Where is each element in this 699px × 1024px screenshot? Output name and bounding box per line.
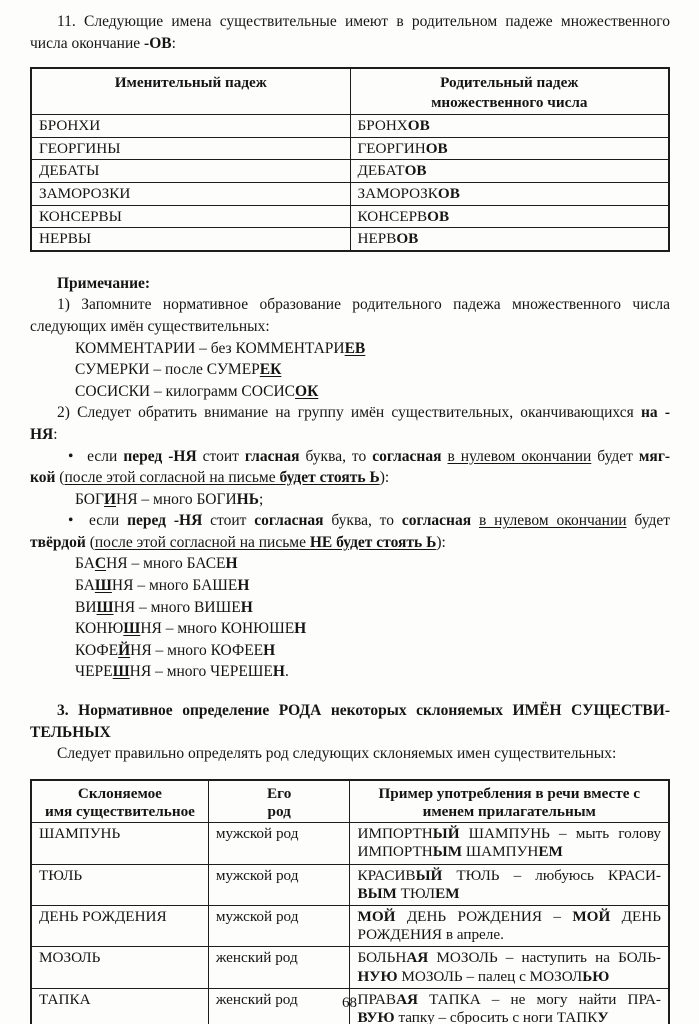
text-run: ЕВ [345, 340, 366, 357]
text-run: БРОНХ [358, 117, 408, 134]
text-run: КОФЕ [75, 642, 118, 659]
text-line: ГЕОРГИНЫ [39, 140, 343, 159]
text-run: БА [75, 577, 95, 594]
text-run: НЯ [30, 426, 53, 443]
text-run: ОВ [396, 230, 418, 247]
text-line: ИМПОРТНЫЙ ШАМПУНЬ – мыть голову [357, 825, 661, 843]
text-line: ДЕБАТОВ [358, 162, 662, 181]
text-run: 1) Запомните нормативное образование род… [57, 296, 670, 313]
text-line: следующих имён существительных: [30, 316, 670, 338]
text-run: БА [75, 555, 95, 572]
text-line: БАШНЯ – много БАШЕН [30, 575, 670, 597]
text-run: ( [86, 534, 95, 551]
table-cell: мужской род [208, 906, 350, 947]
text-line: БОГИНЯ – много БОГИНЬ; [30, 489, 670, 511]
text-run: С [95, 555, 106, 572]
text-line: Пример употребления в речи вместе с [357, 785, 661, 803]
text-run: . [285, 663, 289, 680]
text-run: ЫЙ [416, 867, 443, 884]
table-cell: ЗАМОРОЗКОВ [350, 182, 669, 205]
text-line: БРОНХОВ [358, 117, 662, 136]
text-run: ТЮЛ [397, 885, 435, 902]
text-run: НЯ – много БОГИ [116, 491, 237, 508]
text-line: множественного числа [358, 93, 662, 113]
text-run: имя существительное [45, 803, 195, 820]
text-run: КОНСЕРВЫ [39, 208, 122, 225]
table-cell: ДЕНЬ РОЖДЕНИЯ [31, 906, 208, 947]
text-run: следующих имён существительных: [30, 318, 270, 335]
text-run: БРОНХИ [39, 117, 100, 134]
text-line: ГЕОРГИНОВ [358, 140, 662, 159]
note-item-1: 1) Запомните нормативное образование род… [30, 294, 670, 337]
text-run: Именительный падеж [115, 74, 267, 91]
table-row: ШАМПУНЬмужской родИМПОРТНЫЙ ШАМПУНЬ – мы… [31, 823, 669, 864]
text-line: 11. Следующие имена существительные имею… [30, 11, 670, 33]
text-line: мужской род [216, 908, 343, 926]
text-run: Склоняемое [78, 785, 162, 802]
text-run: ЫМ [433, 843, 462, 860]
text-run: 3. Нормативное определение РОДА некоторы… [57, 702, 670, 719]
text-run: МОЗОЛЬ – палец с МОЗОЛ [398, 968, 583, 985]
text-run: Ш [97, 599, 114, 616]
text-run: ТЕЛЬНЫХ [30, 724, 111, 741]
paragraph-11: 11. Следующие имена существительные имею… [30, 11, 670, 54]
text-line: БРОНХИ [39, 117, 343, 136]
document-page: 11. Следующие имена существительные имею… [0, 0, 699, 1024]
text-run: твёрдой [30, 534, 86, 551]
hard-sign-examples: БАСНЯ – много БАСЕНБАШНЯ – много БАШЕНВИ… [30, 553, 670, 683]
text-line: КРАСИВЫЙ ТЮЛЬ – любуюсь КРАСИ- [357, 867, 661, 885]
table-cell: ШАМПУНЬ [31, 823, 208, 864]
text-run: мужской род [216, 908, 299, 925]
text-line: НЯ: [30, 424, 670, 446]
section-3-heading: 3. Нормативное определение РОДА некоторы… [30, 700, 670, 743]
text-run: Ш [113, 663, 130, 680]
text-run: ОВ [438, 185, 460, 202]
text-run: мяг- [639, 448, 670, 465]
text-run: ЬЮ [582, 968, 609, 985]
text-run: ШАМПУН [462, 843, 538, 860]
text-run: мужской род [216, 825, 299, 842]
table-row: ДЕБАТЫДЕБАТОВ [31, 160, 669, 183]
text-line: ДЕБАТЫ [39, 162, 343, 181]
text-run: КОММЕНТАРИИ – без КОММЕНТАРИ [75, 340, 345, 357]
text-run: БОГ [75, 491, 104, 508]
text-run: НЯ – много КОНЮШЕ [140, 620, 294, 637]
text-line: РОЖДЕНИЯ в апреле. [357, 926, 661, 944]
text-run: Ш [95, 577, 112, 594]
text-run: ЕМ [538, 843, 562, 860]
text-line: 1) Запомните нормативное образование род… [30, 294, 670, 316]
text-run: после этой согласной на письме [95, 534, 310, 551]
note-title: Примечание: [30, 273, 670, 295]
text-run: ЧЕРЕ [75, 663, 113, 680]
text-run: • если [68, 448, 123, 465]
text-run: НУЮ [357, 968, 397, 985]
text-run: СУМЕРКИ – после СУМЕР [75, 361, 260, 378]
text-run: ГЕОРГИН [358, 140, 426, 157]
text-run: после этой согласной на письме [64, 469, 279, 486]
text-run: согласная [402, 512, 471, 529]
text-run: именем прилагательным [423, 803, 596, 820]
text-line: • если перед -НЯ стоит согласная буква, … [30, 510, 670, 532]
text-line: 2) Следует обратить внимание на группу и… [30, 402, 670, 424]
text-run: ЫЙ [433, 825, 460, 842]
text-run: ДЕБАТ [358, 162, 405, 179]
text-line: КОНСЕРВОВ [358, 208, 662, 227]
text-line: КОНСЕРВЫ [39, 208, 343, 227]
table-header-cell: Родительный падежмножественного числа [350, 68, 669, 115]
text-line: именем прилагательным [357, 803, 661, 821]
text-run: стоит [202, 512, 254, 529]
text-run: ЕМ [435, 885, 459, 902]
table-cell: НЕРВОВ [350, 228, 669, 251]
text-line: БАСНЯ – много БАСЕН [30, 553, 670, 575]
text-run: Н [241, 599, 253, 616]
text-line: ВИШНЯ – много ВИШЕН [30, 597, 670, 619]
table-cell: ЗАМОРОЗКИ [31, 182, 350, 205]
text-line: КОНЮШНЯ – много КОНЮШЕН [30, 618, 670, 640]
text-run: НЯ – много ВИШЕ [114, 599, 241, 616]
text-run: НЯ – много КОФЕЕ [130, 642, 263, 659]
text-run: • если [68, 512, 127, 529]
text-run: согласная [254, 512, 323, 529]
text-run: перед -НЯ [123, 448, 196, 465]
text-line: Примечание: [30, 273, 670, 295]
text-run: в нулевом окончании [447, 448, 591, 465]
table-row: КОНСЕРВЫКОНСЕРВОВ [31, 205, 669, 228]
text-run: ИМПОРТН [357, 825, 432, 842]
text-run: НЕРВ [358, 230, 397, 247]
text-run: НЯ – много БАСЕ [106, 555, 225, 572]
table-header-cell: Именительный падеж [31, 68, 350, 115]
genitive-plural-table: Именительный падежРодительный падежмноже… [30, 67, 670, 252]
text-line: женский род [216, 949, 343, 967]
text-run: ТЮЛЬ [39, 867, 82, 884]
text-run: Н [237, 577, 249, 594]
table-cell: мужской род [208, 864, 350, 905]
text-run: РОЖДЕНИЯ в апреле. [357, 926, 503, 943]
text-run [471, 512, 479, 529]
text-run: ДЕБАТЫ [39, 162, 99, 179]
text-run: Й [118, 642, 130, 659]
text-line: ТЕЛЬНЫХ [30, 722, 670, 744]
text-line: КОММЕНТАРИИ – без КОММЕНТАРИЕВ [30, 338, 670, 360]
text-line: БОЛЬНАЯ МОЗОЛЬ – наступить на БОЛЬ- [357, 949, 661, 967]
text-run: Примечание: [57, 275, 150, 292]
text-line: Склоняемое [39, 785, 201, 803]
text-run: НЯ – много БАШЕ [112, 577, 237, 594]
text-run: НЕ будет стоять Ь [310, 534, 436, 551]
table-cell: ДЕБАТЫ [31, 160, 350, 183]
genitive-examples: КОММЕНТАРИИ – без КОММЕНТАРИЕВСУМЕРКИ – … [30, 338, 670, 403]
text-run: НЬ [237, 491, 259, 508]
table-cell: НЕРВЫ [31, 228, 350, 251]
text-run: : [172, 35, 176, 52]
table-cell: ГЕОРГИНОВ [350, 137, 669, 160]
text-line: имя существительное [39, 803, 201, 821]
text-run: Н [294, 620, 306, 637]
hard-sign-rule-bullet: • если перед -НЯ стоит согласная буква, … [30, 510, 670, 553]
table-row: МОЗОЛЬженский родБОЛЬНАЯ МОЗОЛЬ – наступ… [31, 947, 669, 988]
text-run: ВЫМ [357, 885, 396, 902]
text-run: ШАМПУНЬ [39, 825, 120, 842]
text-run: на - [641, 404, 670, 421]
text-run: Родительный падеж [440, 74, 578, 91]
text-run: ОВ [408, 117, 430, 134]
text-run: ИМПОРТН [357, 843, 432, 860]
text-line: СОСИСКИ – килограмм СОСИСОК [30, 381, 670, 403]
table-cell: МОЗОЛЬ [31, 947, 208, 988]
text-run: АЯ [406, 949, 428, 966]
table-row: ГЕОРГИНЫГЕОРГИНОВ [31, 137, 669, 160]
text-run: кой [30, 469, 55, 486]
table-header-row: Склоняемоеимя существительноеЕгородПриме… [31, 780, 669, 823]
table-header-cell: Пример употребления в речи вместе симене… [350, 780, 669, 823]
text-run: -ОВ [144, 35, 172, 52]
text-run: будет стоять Ь [279, 469, 379, 486]
text-line: Именительный падеж [39, 73, 343, 93]
text-line: ШАМПУНЬ [39, 825, 201, 843]
table-cell: КОНСЕРВЫ [31, 205, 350, 228]
table-cell: мужской род [208, 823, 350, 864]
text-run: НЕРВЫ [39, 230, 91, 247]
text-run: будет [591, 448, 639, 465]
text-run: согласная [372, 448, 441, 465]
text-line: кой (после этой согласной на письме буде… [30, 467, 670, 489]
text-run: Его [267, 785, 291, 802]
table-cell: женский род [208, 947, 350, 988]
text-line: ДЕНЬ РОЖДЕНИЯ [39, 908, 201, 926]
table-row: ЗАМОРОЗКИЗАМОРОЗКОВ [31, 182, 669, 205]
text-run: ОВ [426, 140, 448, 157]
gender-intro-paragraph: Следует правильно определять род следующ… [30, 743, 670, 765]
text-run: Н [226, 555, 238, 572]
table-cell: КРАСИВЫЙ ТЮЛЬ – любуюсь КРАСИ-ВЫМ ТЮЛЕМ [350, 864, 669, 905]
boginya-example: БОГИНЯ – много БОГИНЬ; [30, 489, 670, 511]
text-run: КОНСЕРВ [358, 208, 428, 225]
table-cell: ДЕБАТОВ [350, 160, 669, 183]
text-line: Следует правильно определять род следующ… [30, 743, 670, 765]
text-run: род [268, 803, 291, 820]
text-run: ДЕНЬ РОЖДЕНИЯ [39, 908, 167, 925]
text-run: Ш [123, 620, 140, 637]
text-line: МОЗОЛЬ [39, 949, 201, 967]
table-row: НЕРВЫНЕРВОВ [31, 228, 669, 251]
text-run: МОЙ [572, 908, 610, 925]
text-line: НУЮ МОЗОЛЬ – палец с МОЗОЛЬЮ [357, 968, 661, 986]
table-cell: МОЙ ДЕНЬ РОЖДЕНИЯ – МОЙ ДЕНЬРОЖДЕНИЯ в а… [350, 906, 669, 947]
table-row: БРОНХИБРОНХОВ [31, 115, 669, 138]
text-run: МОЙ [357, 908, 395, 925]
text-run: множественного числа [431, 94, 587, 111]
table-cell: БРОНХИ [31, 115, 350, 138]
table-header-row: Именительный падежРодительный падежмноже… [31, 68, 669, 115]
text-line: ЧЕРЕШНЯ – много ЧЕРЕШЕН. [30, 661, 670, 683]
text-run: ): [380, 469, 389, 486]
page-number: 68 [0, 995, 699, 1012]
text-line: НЕРВОВ [358, 230, 662, 249]
text-run: мужской род [216, 867, 299, 884]
text-run: БОЛЬН [357, 949, 406, 966]
text-run: СОСИСКИ – килограмм СОСИС [75, 383, 295, 400]
text-run: в нулевом окончании [479, 512, 627, 529]
text-run: стоит [197, 448, 245, 465]
text-run: Н [263, 642, 275, 659]
text-line: мужской род [216, 867, 343, 885]
table-cell: БРОНХОВ [350, 115, 669, 138]
text-run: ЗАМОРОЗК [358, 185, 438, 202]
gender-table: Склоняемоеимя существительноеЕгородПриме… [30, 779, 670, 1024]
text-run: буква, то [300, 448, 373, 465]
table-cell: БОЛЬНАЯ МОЗОЛЬ – наступить на БОЛЬ-НУЮ М… [350, 947, 669, 988]
text-line: числа окончание -ОВ: [30, 33, 670, 55]
text-run: ОВ [427, 208, 449, 225]
text-run: И [104, 491, 116, 508]
text-run: будет [627, 512, 670, 529]
table-header-cell: Егород [208, 780, 350, 823]
text-run: 2) Следует обратить внимание на группу и… [57, 404, 641, 421]
text-run: ДЕНЬ РОЖДЕНИЯ – [395, 908, 572, 925]
text-run: ТЮЛЬ – любуюсь КРАСИ- [442, 867, 661, 884]
text-line: КОФЕЙНЯ – много КОФЕЕН [30, 640, 670, 662]
text-run: НЯ – много ЧЕРЕШЕ [130, 663, 273, 680]
text-run: ОК [295, 383, 318, 400]
text-run: ЕК [260, 361, 282, 378]
soft-sign-rule-bullet: • если перед -НЯ стоит гласная буква, то… [30, 446, 670, 489]
table-cell: ГЕОРГИНЫ [31, 137, 350, 160]
text-run: ): [436, 534, 445, 551]
text-line: НЕРВЫ [39, 230, 343, 249]
text-line: 3. Нормативное определение РОДА некоторы… [30, 700, 670, 722]
text-run: : [53, 426, 57, 443]
table-row: ДЕНЬ РОЖДЕНИЯмужской родМОЙ ДЕНЬ РОЖДЕНИ… [31, 906, 669, 947]
text-run: ; [259, 491, 263, 508]
text-line: СУМЕРКИ – после СУМЕРЕК [30, 359, 670, 381]
text-run: Следует правильно определять род следующ… [57, 745, 616, 762]
text-run: ДЕНЬ [610, 908, 661, 925]
table-cell: ТЮЛЬ [31, 864, 208, 905]
text-run: МОЗОЛЬ [39, 949, 100, 966]
text-line: МОЙ ДЕНЬ РОЖДЕНИЯ – МОЙ ДЕНЬ [357, 908, 661, 926]
text-line: Его [216, 785, 343, 803]
table-cell: КОНСЕРВОВ [350, 205, 669, 228]
text-line: • если перед -НЯ стоит гласная буква, то… [30, 446, 670, 468]
text-run: Н [273, 663, 285, 680]
text-line: ЗАМОРОЗКОВ [358, 185, 662, 204]
table-row: ТЮЛЬмужской родКРАСИВЫЙ ТЮЛЬ – любуюсь К… [31, 864, 669, 905]
text-line: ИМПОРТНЫМ ШАМПУНЕМ [357, 843, 661, 861]
text-run: ВИ [75, 599, 97, 616]
text-line: род [216, 803, 343, 821]
text-run: буква, то [324, 512, 402, 529]
text-run: числа окончание [30, 35, 144, 52]
note-item-2: 2) Следует обратить внимание на группу и… [30, 402, 670, 445]
text-run: ОВ [405, 162, 427, 179]
text-run: КОНЮ [75, 620, 123, 637]
text-run: 11. Следующие имена существительные имею… [57, 13, 670, 30]
text-run: МОЗОЛЬ – наступить на БОЛЬ- [428, 949, 661, 966]
text-line: ТЮЛЬ [39, 867, 201, 885]
text-run: женский род [216, 949, 298, 966]
table-cell: ИМПОРТНЫЙ ШАМПУНЬ – мыть головуИМПОРТНЫМ… [350, 823, 669, 864]
text-line: мужской род [216, 825, 343, 843]
text-line: Родительный падеж [358, 73, 662, 93]
text-line: ВЫМ ТЮЛЕМ [357, 885, 661, 903]
text-run: гласная [245, 448, 300, 465]
text-run: перед -НЯ [127, 512, 202, 529]
text-run: ШАМПУНЬ – мыть голову [460, 825, 661, 842]
text-run: ЗАМОРОЗКИ [39, 185, 130, 202]
text-line: ЗАМОРОЗКИ [39, 185, 343, 204]
text-run: Пример употребления в речи вместе с [378, 785, 640, 802]
text-run: ГЕОРГИНЫ [39, 140, 120, 157]
text-line: твёрдой (после этой согласной на письме … [30, 532, 670, 554]
text-run: КРАСИВ [357, 867, 415, 884]
table-header-cell: Склоняемоеимя существительное [31, 780, 208, 823]
